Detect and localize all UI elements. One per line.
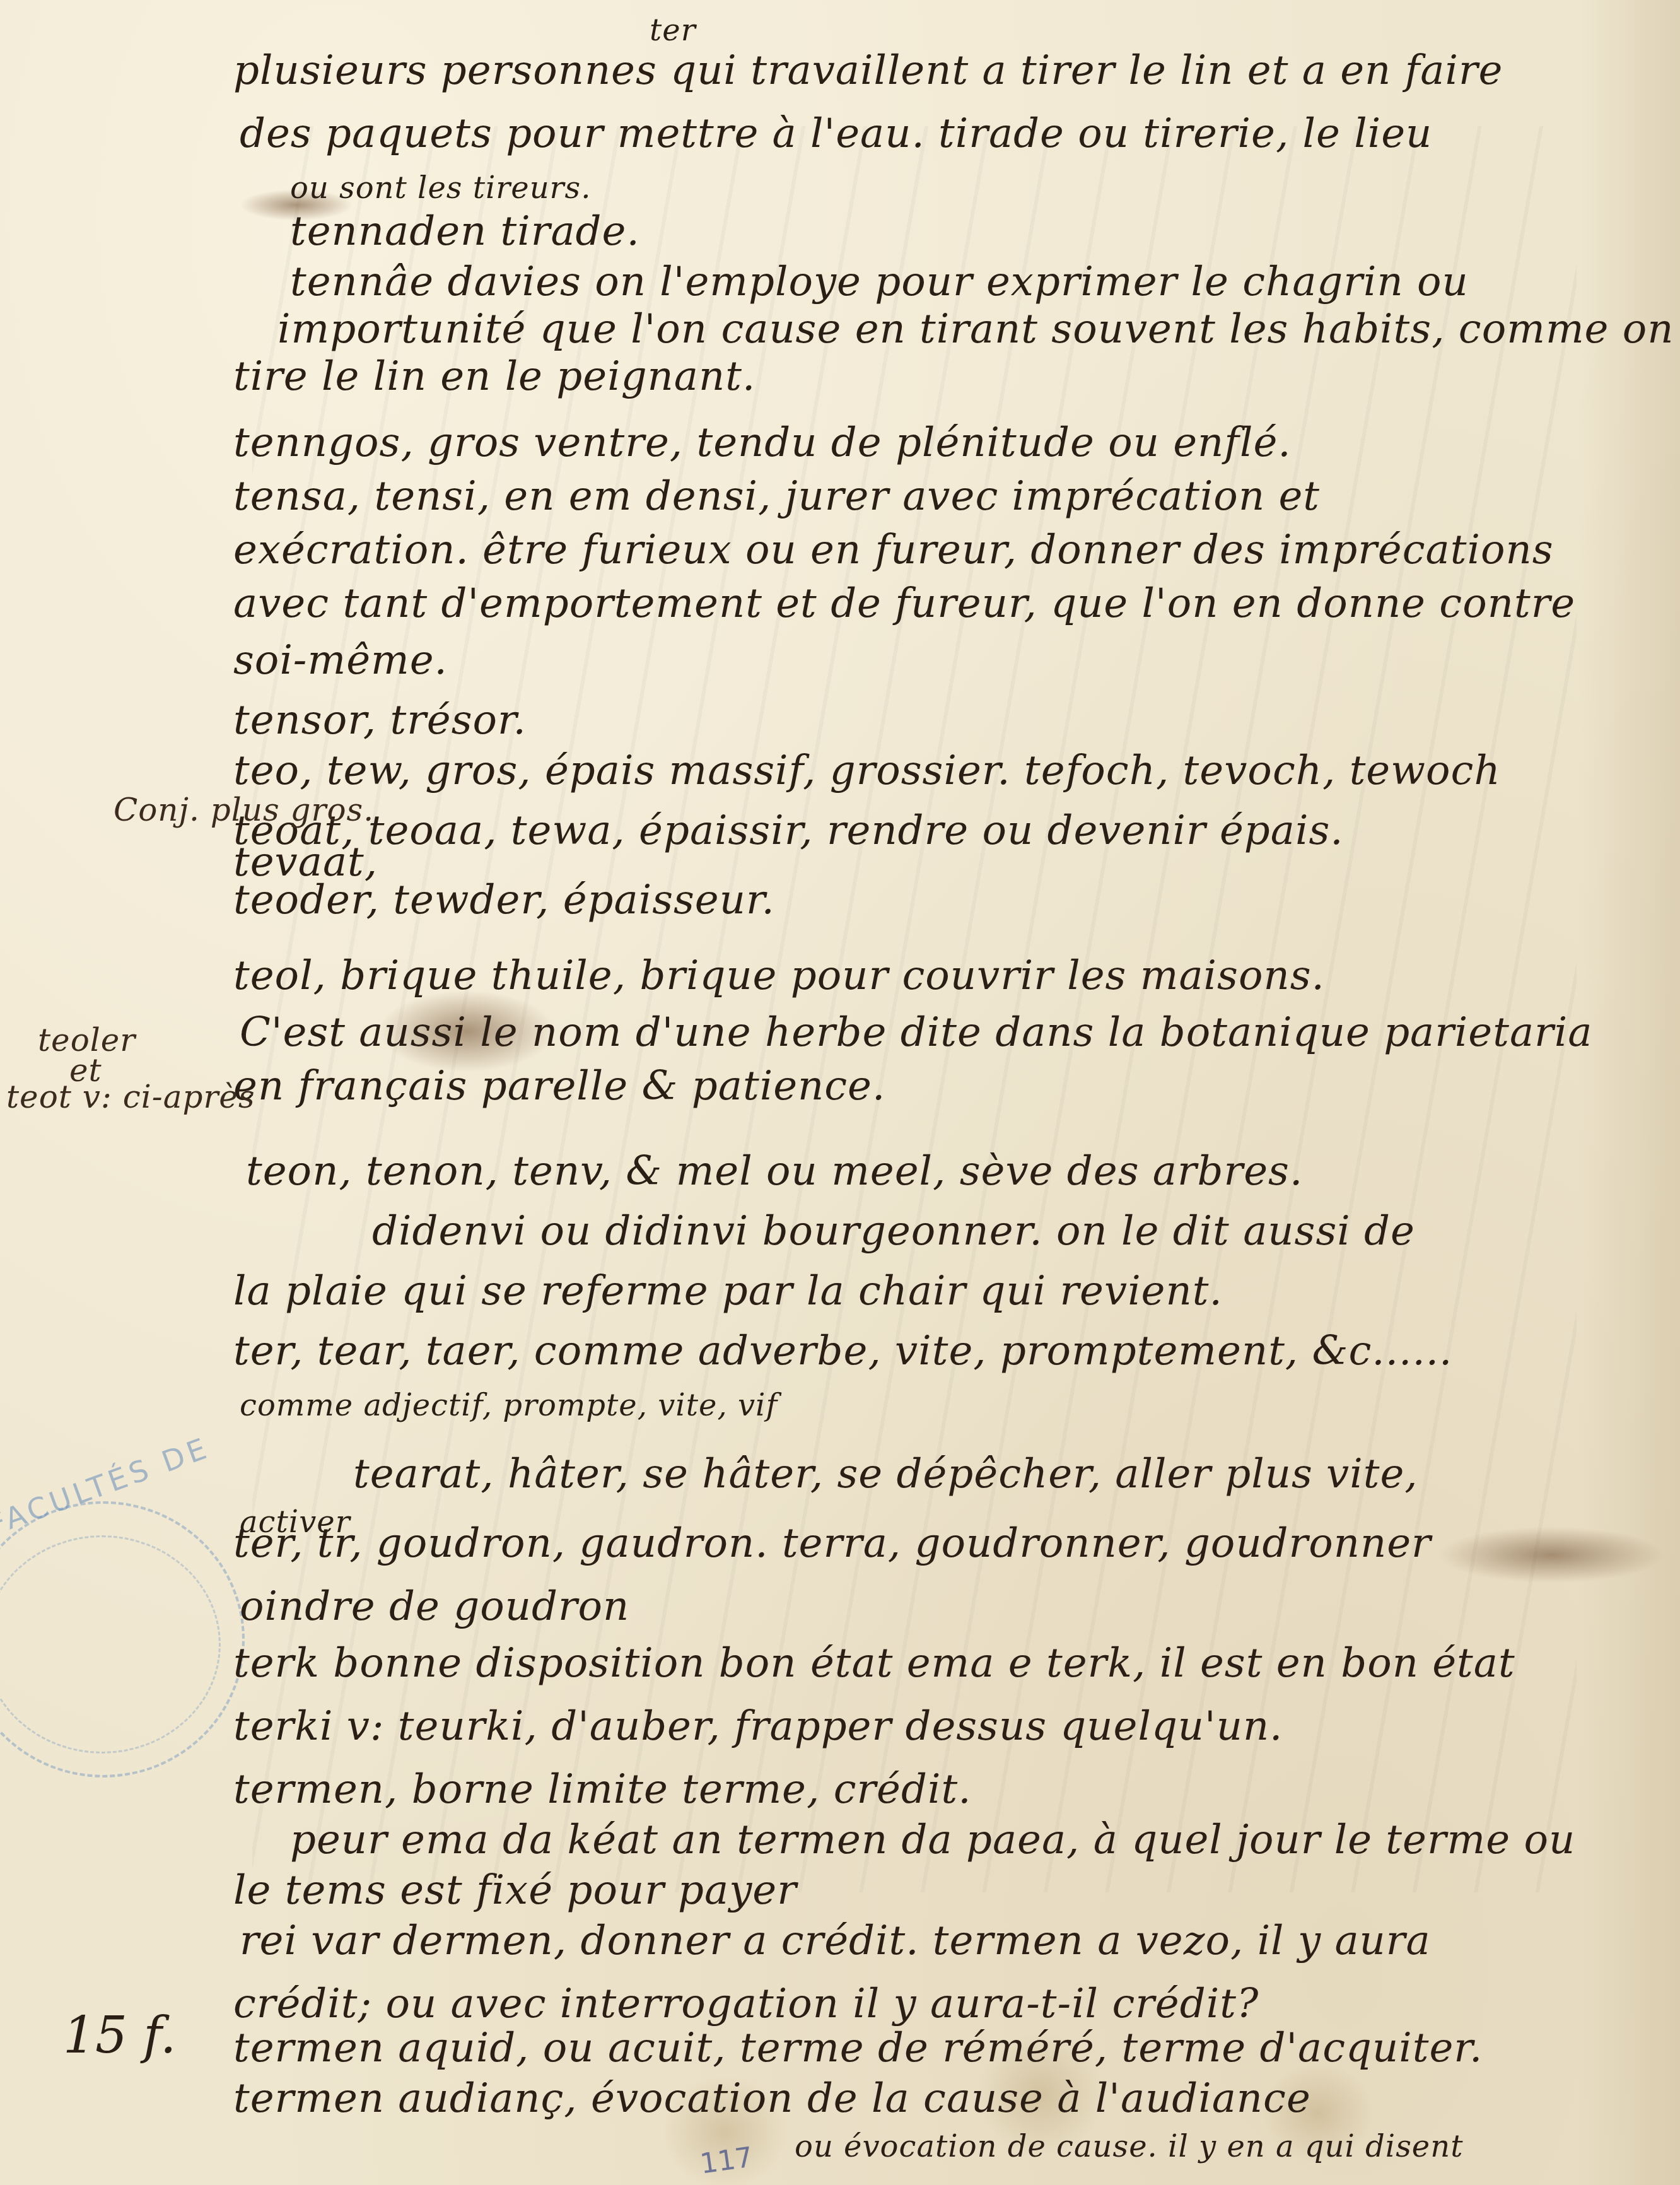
manuscript-line: exécration. être furieux ou en fureur, d…: [233, 527, 1554, 573]
manuscript-line: soi-même.: [233, 637, 448, 684]
margin-note: tevaat,: [233, 839, 378, 886]
manuscript-line: tire le lin en le peignant.: [233, 353, 755, 400]
library-stamp: FACULTÉS DE: [0, 1501, 245, 1778]
manuscript-line: peur ema da kéat an termen da paea, à qu…: [290, 1817, 1575, 1863]
folio-number: 15 f.: [63, 2006, 176, 2065]
manuscript-line: teo, tew, gros, épais massif, grossier. …: [233, 747, 1501, 794]
manuscript-line: termen audianç, évocation de la cause à …: [233, 2075, 1311, 2122]
ink-smudge: [1438, 1526, 1665, 1583]
manuscript-line: le tems est fixé pour payer: [233, 1867, 797, 1914]
manuscript-line: teoat, teoaa, tewa, épaissir, rendre ou …: [233, 807, 1344, 854]
library-stamp-text: FACULTÉS DE: [0, 1431, 214, 1542]
manuscript-line: tensa, tensi, en em densi, jurer avec im…: [233, 473, 1320, 520]
margin-note: Conj. plus gros.: [114, 792, 374, 828]
manuscript-line: des paquets pour mettre à l'eau. tirade …: [240, 110, 1432, 157]
manuscript-line: termen aquid, ou acuit, terme de réméré,…: [233, 2025, 1483, 2071]
margin-note: teot v: ci-après: [6, 1079, 255, 1115]
manuscript-line: tearat, hâter, se hâter, se dépêcher, al…: [353, 1451, 1418, 1497]
manuscript-line: tensor, trésor.: [233, 697, 527, 744]
manuscript-line: terk bonne disposition bon état ema e te…: [233, 1640, 1515, 1687]
manuscript-line: tennâe davies on l'employe pour exprimer…: [290, 259, 1469, 305]
library-stamp-inner-ring: [0, 1535, 221, 1754]
manuscript-line: ter, tr, goudron, gaudron. terra, goudro…: [233, 1520, 1432, 1567]
manuscript-line: C'est aussi le nom d'une herbe dite dans…: [240, 1009, 1592, 1056]
manuscript-line: en français parelle & patience.: [233, 1063, 885, 1110]
manuscript-line: ter, tear, taer, comme adverbe, vite, pr…: [233, 1328, 1452, 1374]
manuscript-line: didenvi ou didinvi bourgeonner. on le di…: [372, 1208, 1415, 1255]
manuscript-line: rei var dermen, donner a crédit. termen …: [240, 1918, 1431, 1964]
manuscript-line: tenngos, gros ventre, tendu de plénitude…: [233, 419, 1292, 466]
manuscript-line: teol, brique thuile, brique pour couvrir…: [233, 952, 1325, 999]
manuscript-page: FACULTÉS DE ter plusieurs personnes qui …: [0, 0, 1680, 2185]
superscript-correction: ter: [650, 13, 696, 48]
manuscript-line: avec tant d'emportement et de fureur, qu…: [233, 580, 1575, 627]
manuscript-line: plusieurs personnes qui travaillent a ti…: [233, 47, 1503, 94]
manuscript-line: ou sont les tireurs.: [290, 170, 591, 206]
manuscript-line: ou évocation de cause. il y en a qui dis…: [795, 2129, 1463, 2164]
manuscript-line: tennaden tirade.: [290, 208, 640, 255]
manuscript-line: comme adjectif, prompte, vite, vif: [240, 1388, 778, 1423]
margin-note: activer: [240, 1504, 351, 1540]
manuscript-line: oindre de goudron: [240, 1583, 629, 1630]
manuscript-line: termen, borne limite terme, crédit.: [233, 1766, 971, 1813]
manuscript-line: teon, tenon, tenv, & mel ou meel, sève d…: [246, 1148, 1303, 1195]
manuscript-line: la plaie qui se referme par la chair qui…: [233, 1268, 1223, 1315]
manuscript-line: importunité que l'on cause en tirant sou…: [277, 306, 1674, 353]
manuscript-line: crédit; ou avec interrogation il y aura-…: [233, 1981, 1259, 2027]
manuscript-line: terki v: teurki, d'auber, frapper dessus…: [233, 1703, 1283, 1750]
